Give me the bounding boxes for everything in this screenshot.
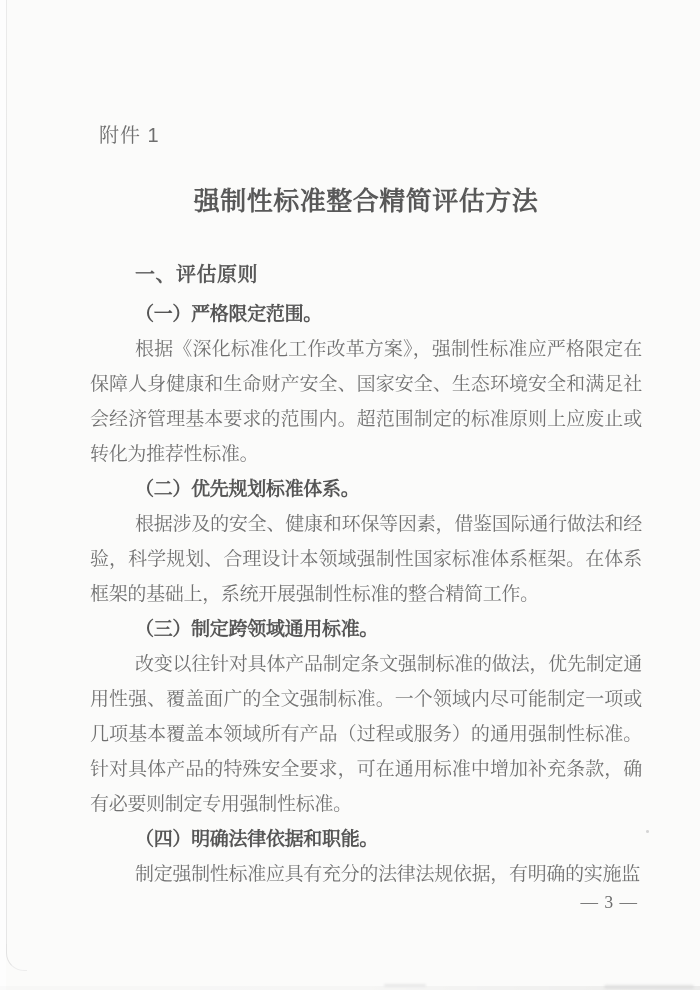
section-3-heading: （三）制定跨领域通用标准。 xyxy=(90,612,642,647)
section-1-heading: （一）严格限定范围。 xyxy=(90,297,642,332)
scan-speck xyxy=(646,830,649,833)
main-heading-evaluation-principles: 一、评估原则 xyxy=(135,261,258,289)
scan-edge-curve xyxy=(6,944,27,971)
attachment-label: 附件 1 xyxy=(99,124,160,148)
scan-smudge xyxy=(384,984,426,987)
scan-smudge xyxy=(604,985,694,989)
document-body: （一）严格限定范围。 根据《深化标准化工作改革方案》，强制性标准应严格限定在保障… xyxy=(90,297,642,892)
section-3-paragraph: 改变以往针对具体产品制定条文强制标准的做法，优先制定通用性强、覆盖面广的全文强制… xyxy=(90,647,642,822)
section-1-paragraph: 根据《深化标准化工作改革方案》，强制性标准应严格限定在保障人身健康和生命财产安全… xyxy=(90,332,642,472)
document-title: 强制性标准整合精简评估方法 xyxy=(90,187,642,217)
scanned-document-page: 附件 1 强制性标准整合精简评估方法 一、评估原则 （一）严格限定范围。 根据《… xyxy=(0,0,700,990)
section-2-heading: （二）优先规划标准体系。 xyxy=(90,472,642,507)
scan-edge-line xyxy=(6,0,7,950)
section-2-paragraph: 根据涉及的安全、健康和环保等因素，借鉴国际通行做法和经验，科学规划、合理设计本领… xyxy=(90,507,642,612)
page-number: — 3 — xyxy=(581,891,639,913)
section-4-paragraph: 制定强制性标准应具有充分的法律法规依据，有明确的实施监 xyxy=(90,857,642,892)
scan-bottom-shade xyxy=(0,986,700,990)
section-4-heading: （四）明确法律依据和职能。 xyxy=(90,822,642,857)
